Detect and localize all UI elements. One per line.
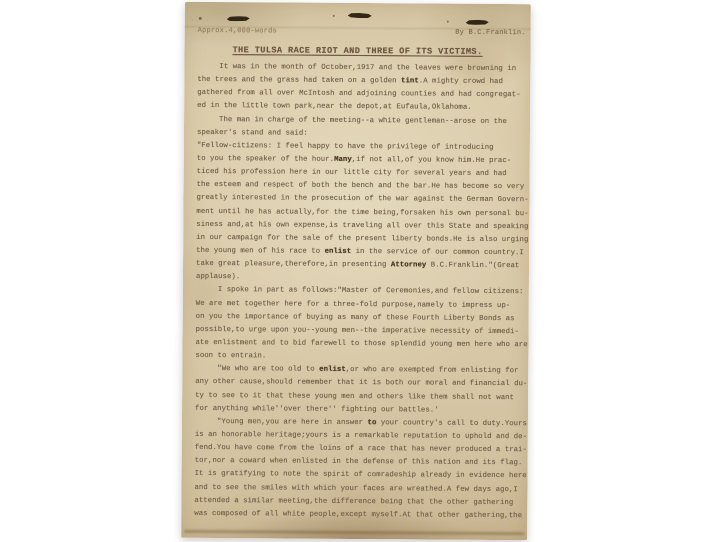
text-line: take great pleasure,therefore,in present… <box>196 258 523 273</box>
paragraph: "Young men,you are here in answer to you… <box>194 416 522 523</box>
paragraph: I spoke in part as follows:"Master of Ce… <box>195 284 523 365</box>
paragraph: The man in charge of the meeting--a whit… <box>196 113 524 286</box>
text-line: was composed of all white people,except … <box>194 508 521 523</box>
fastener-mark-icon <box>466 20 489 25</box>
paragraph: It was in the month of October,1917 and … <box>197 61 524 116</box>
paragraph: "We who are too old to enlist,or who are… <box>195 363 522 418</box>
ink-speck <box>199 17 202 20</box>
document-body: It was in the month of October,1917 and … <box>194 61 524 523</box>
document-title: THE TULSA RACE RIOT AND THREE OF ITS VIC… <box>185 45 531 57</box>
fastener-mark-icon <box>227 16 250 22</box>
fastener-mark-icon <box>348 13 372 19</box>
ink-speck <box>333 15 335 17</box>
ink-speck <box>447 21 449 23</box>
paper-sheet: Approx.4,000-words By B.C.Franklin. THE … <box>181 2 531 540</box>
